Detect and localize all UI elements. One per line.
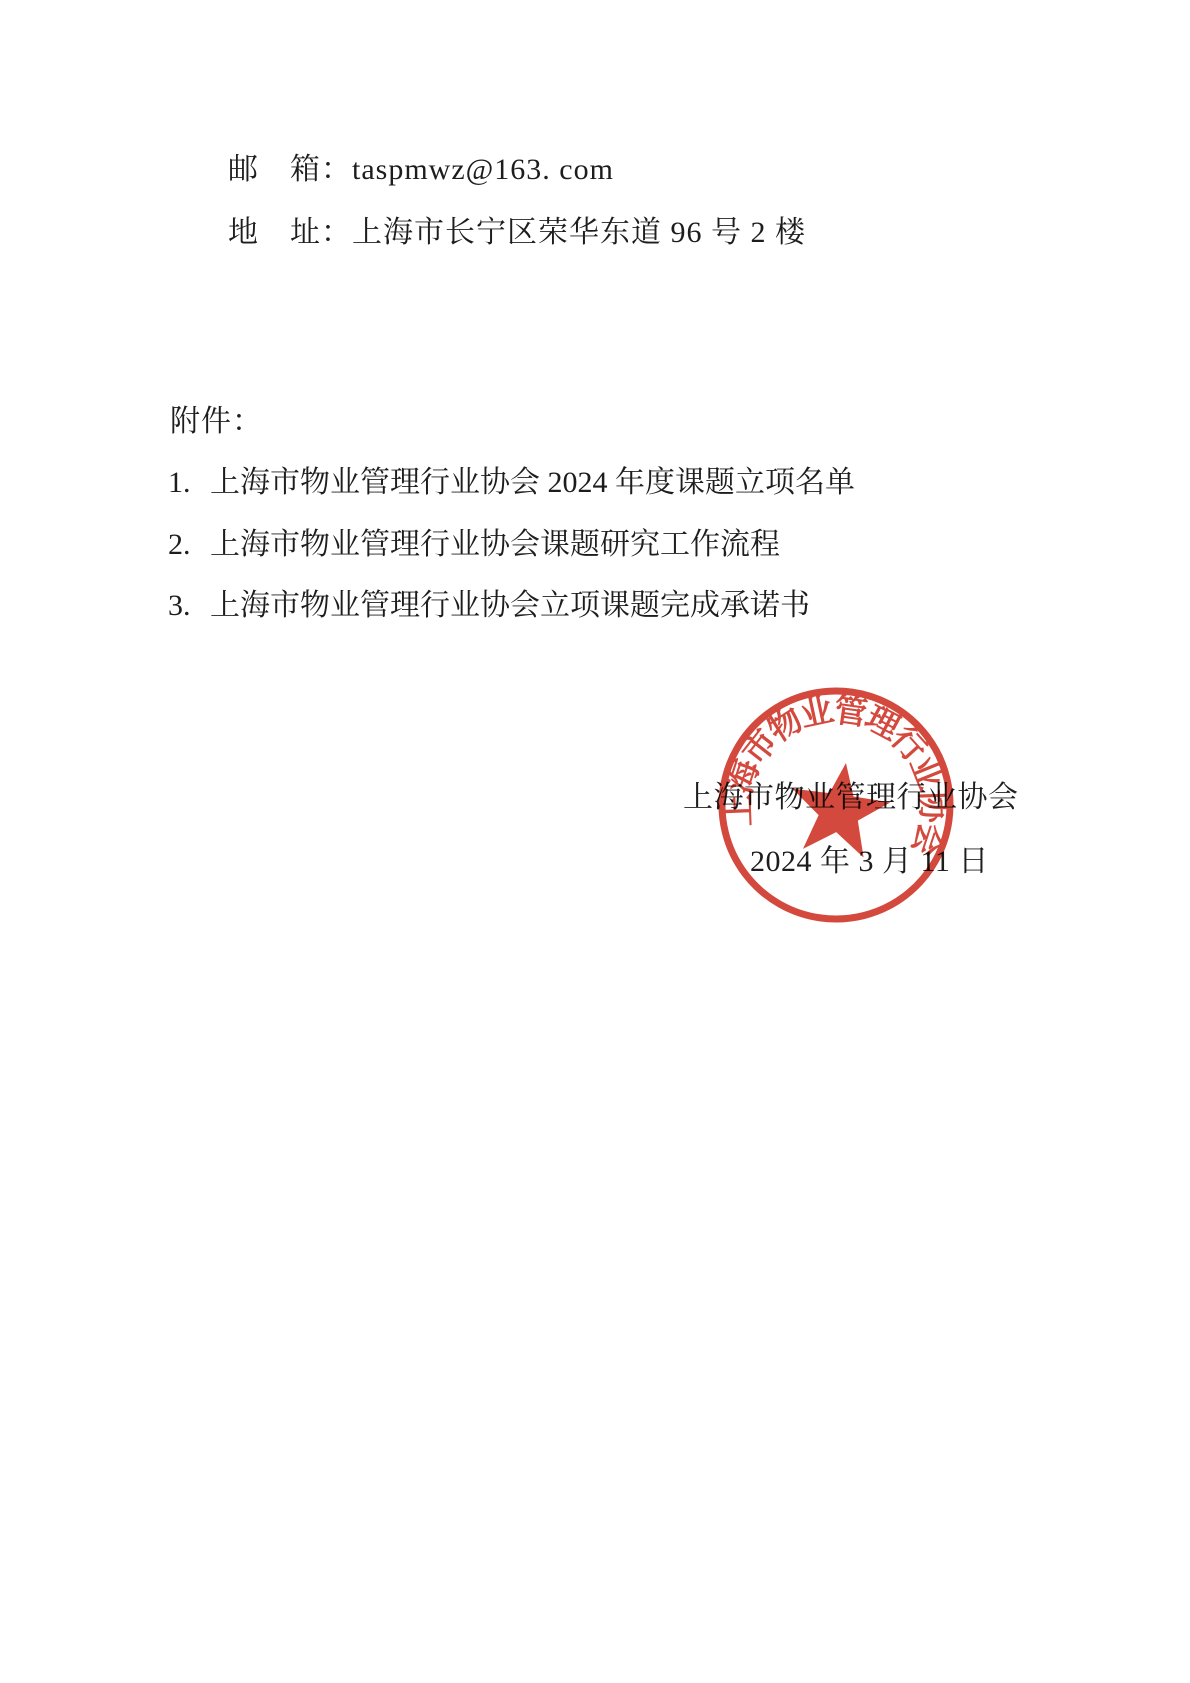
attachment-text: 上海市物业管理行业协会立项课题完成承诺书 bbox=[210, 588, 810, 624]
attachment-item-1: 1. 上海市物业管理行业协会 2024 年度课题立项名单 bbox=[168, 465, 855, 501]
email-line: 邮 箱：taspmwz@163. com bbox=[228, 152, 614, 188]
attachment-item-2: 2. 上海市物业管理行业协会课题研究工作流程 bbox=[168, 527, 780, 563]
signature-date: 2024 年 3 月 11 日 bbox=[750, 844, 989, 880]
address-label: 地 址： bbox=[228, 215, 352, 251]
signature-organization: 上海市物业管理行业协会 bbox=[683, 780, 1019, 816]
attachment-number: 2. bbox=[168, 527, 210, 563]
email-label: 邮 箱： bbox=[228, 152, 352, 188]
attachment-text: 上海市物业管理行业协会课题研究工作流程 bbox=[210, 527, 780, 563]
document-page: 邮 箱：taspmwz@163. com 地 址：上海市长宁区荣华东道 96 号… bbox=[0, 0, 1190, 1683]
email-value: taspmwz@163. com bbox=[352, 153, 614, 186]
address-line: 地 址：上海市长宁区荣华东道 96 号 2 楼 bbox=[228, 215, 806, 251]
address-value: 上海市长宁区荣华东道 96 号 2 楼 bbox=[352, 216, 806, 249]
attachments-heading: 附件： bbox=[170, 404, 263, 440]
attachment-number: 3. bbox=[168, 588, 210, 624]
attachment-item-3: 3. 上海市物业管理行业协会立项课题完成承诺书 bbox=[168, 588, 810, 624]
attachment-number: 1. bbox=[168, 465, 210, 501]
seal-ring-text: 上海市物业管理行业协会 bbox=[716, 678, 967, 862]
attachment-text: 上海市物业管理行业协会 2024 年度课题立项名单 bbox=[210, 465, 855, 501]
